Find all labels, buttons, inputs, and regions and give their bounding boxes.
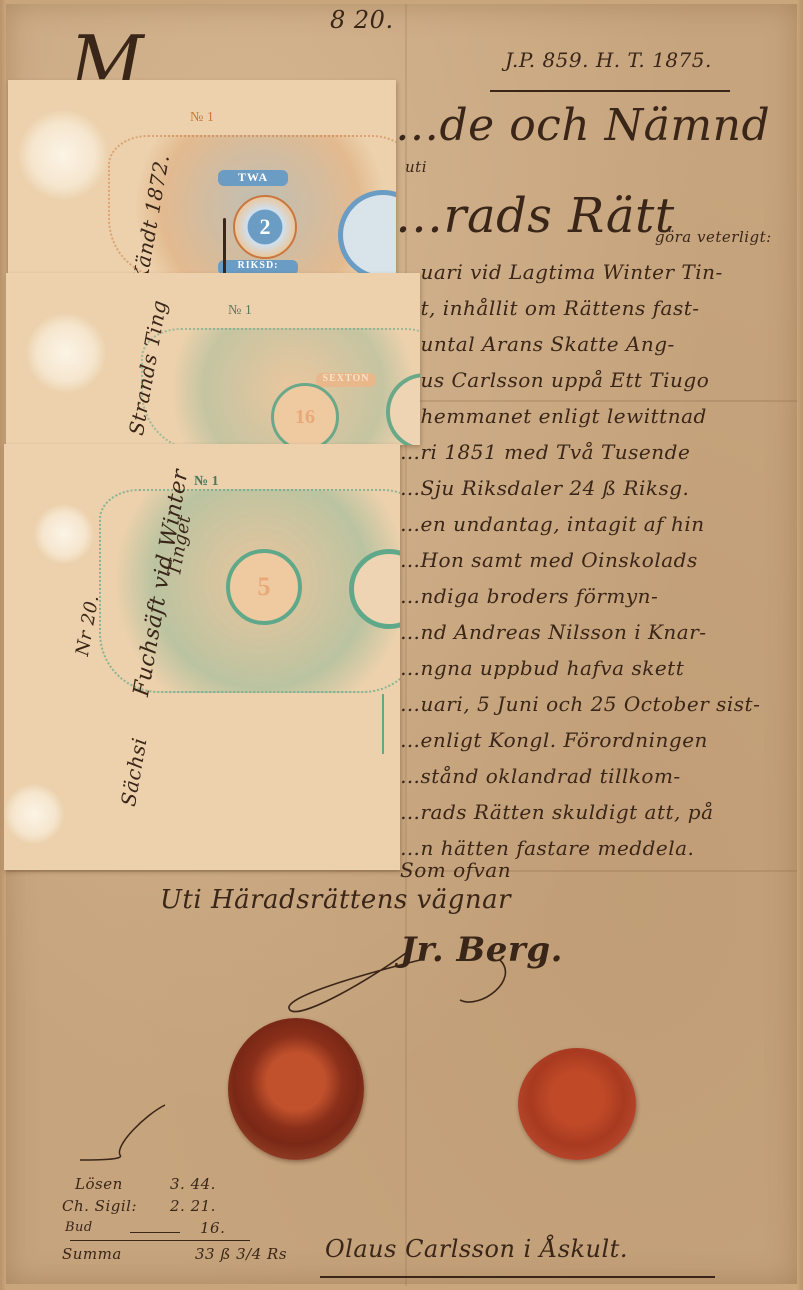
body-line: …stånd oklandrad tillkom- [400,764,681,788]
fees-flourish [75,1100,185,1170]
fee-value: 2. 21. [170,1197,216,1215]
stamp-top-ribbon: SEXTON [316,373,376,387]
fee-total-value: 33 ß 3/4 Rs [195,1245,287,1263]
body-line: …us Carlsson uppå Ett Tiugo [400,368,709,392]
stamp-top-ribbon: TWA [218,170,288,186]
recipient-name: Olaus Carlsson i Åskult. [325,1235,628,1263]
fee-value: 16. [200,1219,225,1237]
stamp-bottom-note: Sächsi [116,736,152,808]
body-line: …untal Arans Skatte Ang- [400,332,675,356]
body-line: …hemmanet enligt lewittnad [400,404,707,428]
body-line: …rads Rätten skuldigt att, på [400,800,714,824]
revenue-stamp-2-riksdaler: № 1 TWA 2 RIKSD: Kändt 1872. [8,80,396,275]
closing-line1: Som ofvan [400,858,511,882]
body-line: …Sju Riksdaler 24 ß Riksg. [400,476,689,500]
body-line: …uari, 5 Juni och 25 October sist- [400,692,760,716]
wax-seal-large [228,1018,364,1160]
body-line: …ndiga broders förmyn- [400,584,658,608]
stamp-edge-line [382,694,384,754]
body-line: …enligt Kongl. Förordningen [400,728,708,752]
heading-line2: …rads Rätt [395,188,675,244]
heading-line1: …de och Nämnd [395,100,770,151]
stamp-number: № 1 [228,303,252,319]
ink-stroke [223,218,226,275]
body-line: …en undantag, intagit af hin [400,512,705,536]
fee-label: Ch. Sigil: [62,1197,137,1215]
body-line: …nd Andreas Nilsson i Knar- [400,620,707,644]
embossed-seal [26,313,106,393]
body-line: …ngna uppbud hafva skett [400,656,684,680]
body-line: …t, inhållit om Rättens fast- [400,296,700,320]
body-line: …ri 1851 med Två Tusende [400,440,690,464]
fee-total-label: Summa [62,1245,122,1263]
document-number: 8 20. [330,6,394,34]
fee-total-rule [70,1240,250,1241]
fee-label: Lösen [75,1175,123,1193]
stamp-denomination: 5 [226,549,302,625]
body-line: …uari vid Lagtima Winter Tin- [400,260,723,284]
embossed-seal [4,784,64,844]
heading-line1-small: uti [405,158,427,176]
body-line: …n hätten fastare meddela. [400,836,694,860]
body-line: …Hon samt med Oinskolads [400,548,698,572]
revenue-stamp-16: № 1 SEXTON 16 Strands Ting [6,273,420,445]
revenue-stamp-5: № 1 5 Nr 20. Fuchsäft vid Winter Tinget … [4,444,400,870]
stamp-number: № 1 [190,110,214,126]
heading-line2-tail: göra veterligt: [655,228,772,246]
stamp-denomination: 2 [233,195,297,259]
embossed-seal [18,110,108,200]
stamp-denomination: 16 [271,383,339,445]
closing-line2: Uti Häradsrättens vägnar [160,885,511,915]
reference-underline [490,90,730,92]
fee-label: Bud [65,1220,93,1235]
signature-flourish [280,940,540,1030]
embossed-seal [34,504,94,564]
fee-dash [130,1232,180,1233]
wax-seal-small [518,1048,636,1160]
fee-value: 3. 44. [170,1175,216,1193]
recipient-underline [320,1276,715,1278]
reference-number: J.P. 859. H. T. 1875. [505,48,712,72]
stamp-number: № 1 [194,474,219,490]
